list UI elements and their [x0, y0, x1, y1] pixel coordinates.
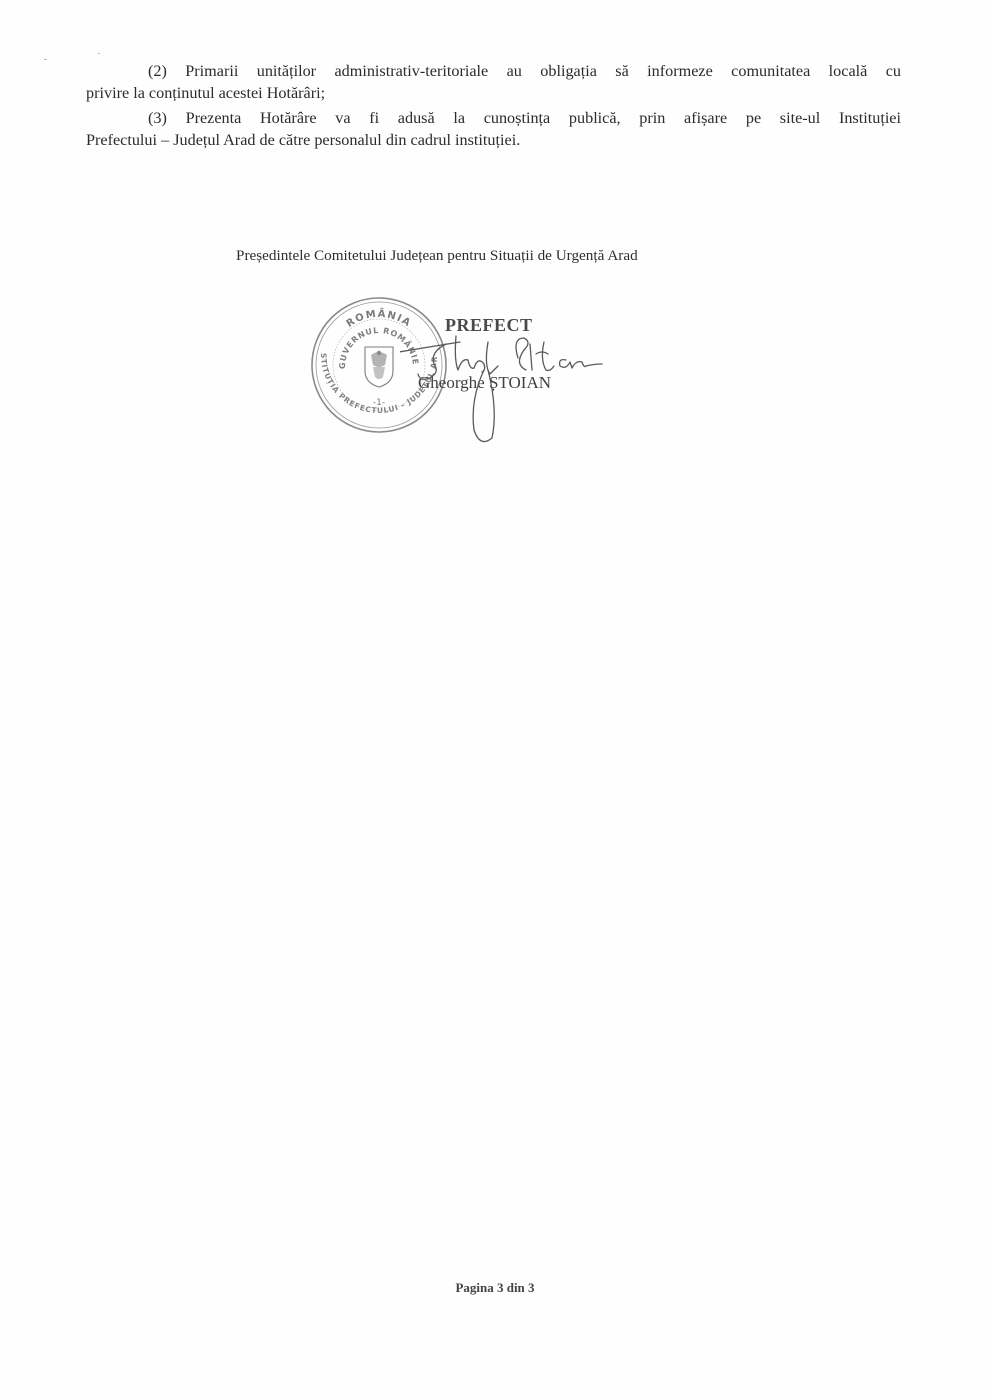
- coat-of-arms-icon: [365, 347, 393, 387]
- paragraph-2-continuation: privire la conținutul acestei Hotărâri;: [86, 82, 901, 104]
- paragraph-3-continuation: Prefectului – Județul Arad de către pers…: [86, 129, 901, 151]
- signature-title: Președintele Comitetului Județean pentru…: [236, 247, 638, 265]
- paragraph-number: (2): [148, 62, 167, 80]
- paragraph-3: (3) Prezenta Hotărâre va fi adusă la cun…: [86, 107, 901, 129]
- stamp-number: -1-: [373, 398, 385, 408]
- document-page: (2) Primarii unităților administrativ-te…: [0, 0, 990, 1400]
- paragraph-text: Prefectului – Județul Arad de către pers…: [86, 129, 901, 151]
- scan-speck: [98, 53, 100, 54]
- paragraph-text: Prezenta Hotărâre va fi adusă la cunoști…: [186, 109, 901, 127]
- page-number: Pagina 3 din 3: [0, 1280, 990, 1296]
- handwritten-signature: [400, 330, 630, 450]
- svg-text:ROMÂNIA: ROMÂNIA: [345, 307, 414, 330]
- paragraph-2: (2) Primarii unităților administrativ-te…: [86, 60, 901, 82]
- paragraph-text: privire la conținutul acestei Hotărâri;: [86, 82, 901, 104]
- scan-speck: [44, 59, 47, 60]
- stamp-top-text: ROMÂNIA: [345, 307, 414, 330]
- paragraph-number: (3): [148, 109, 167, 127]
- paragraph-text: Primarii unităților administrativ-terito…: [185, 62, 901, 80]
